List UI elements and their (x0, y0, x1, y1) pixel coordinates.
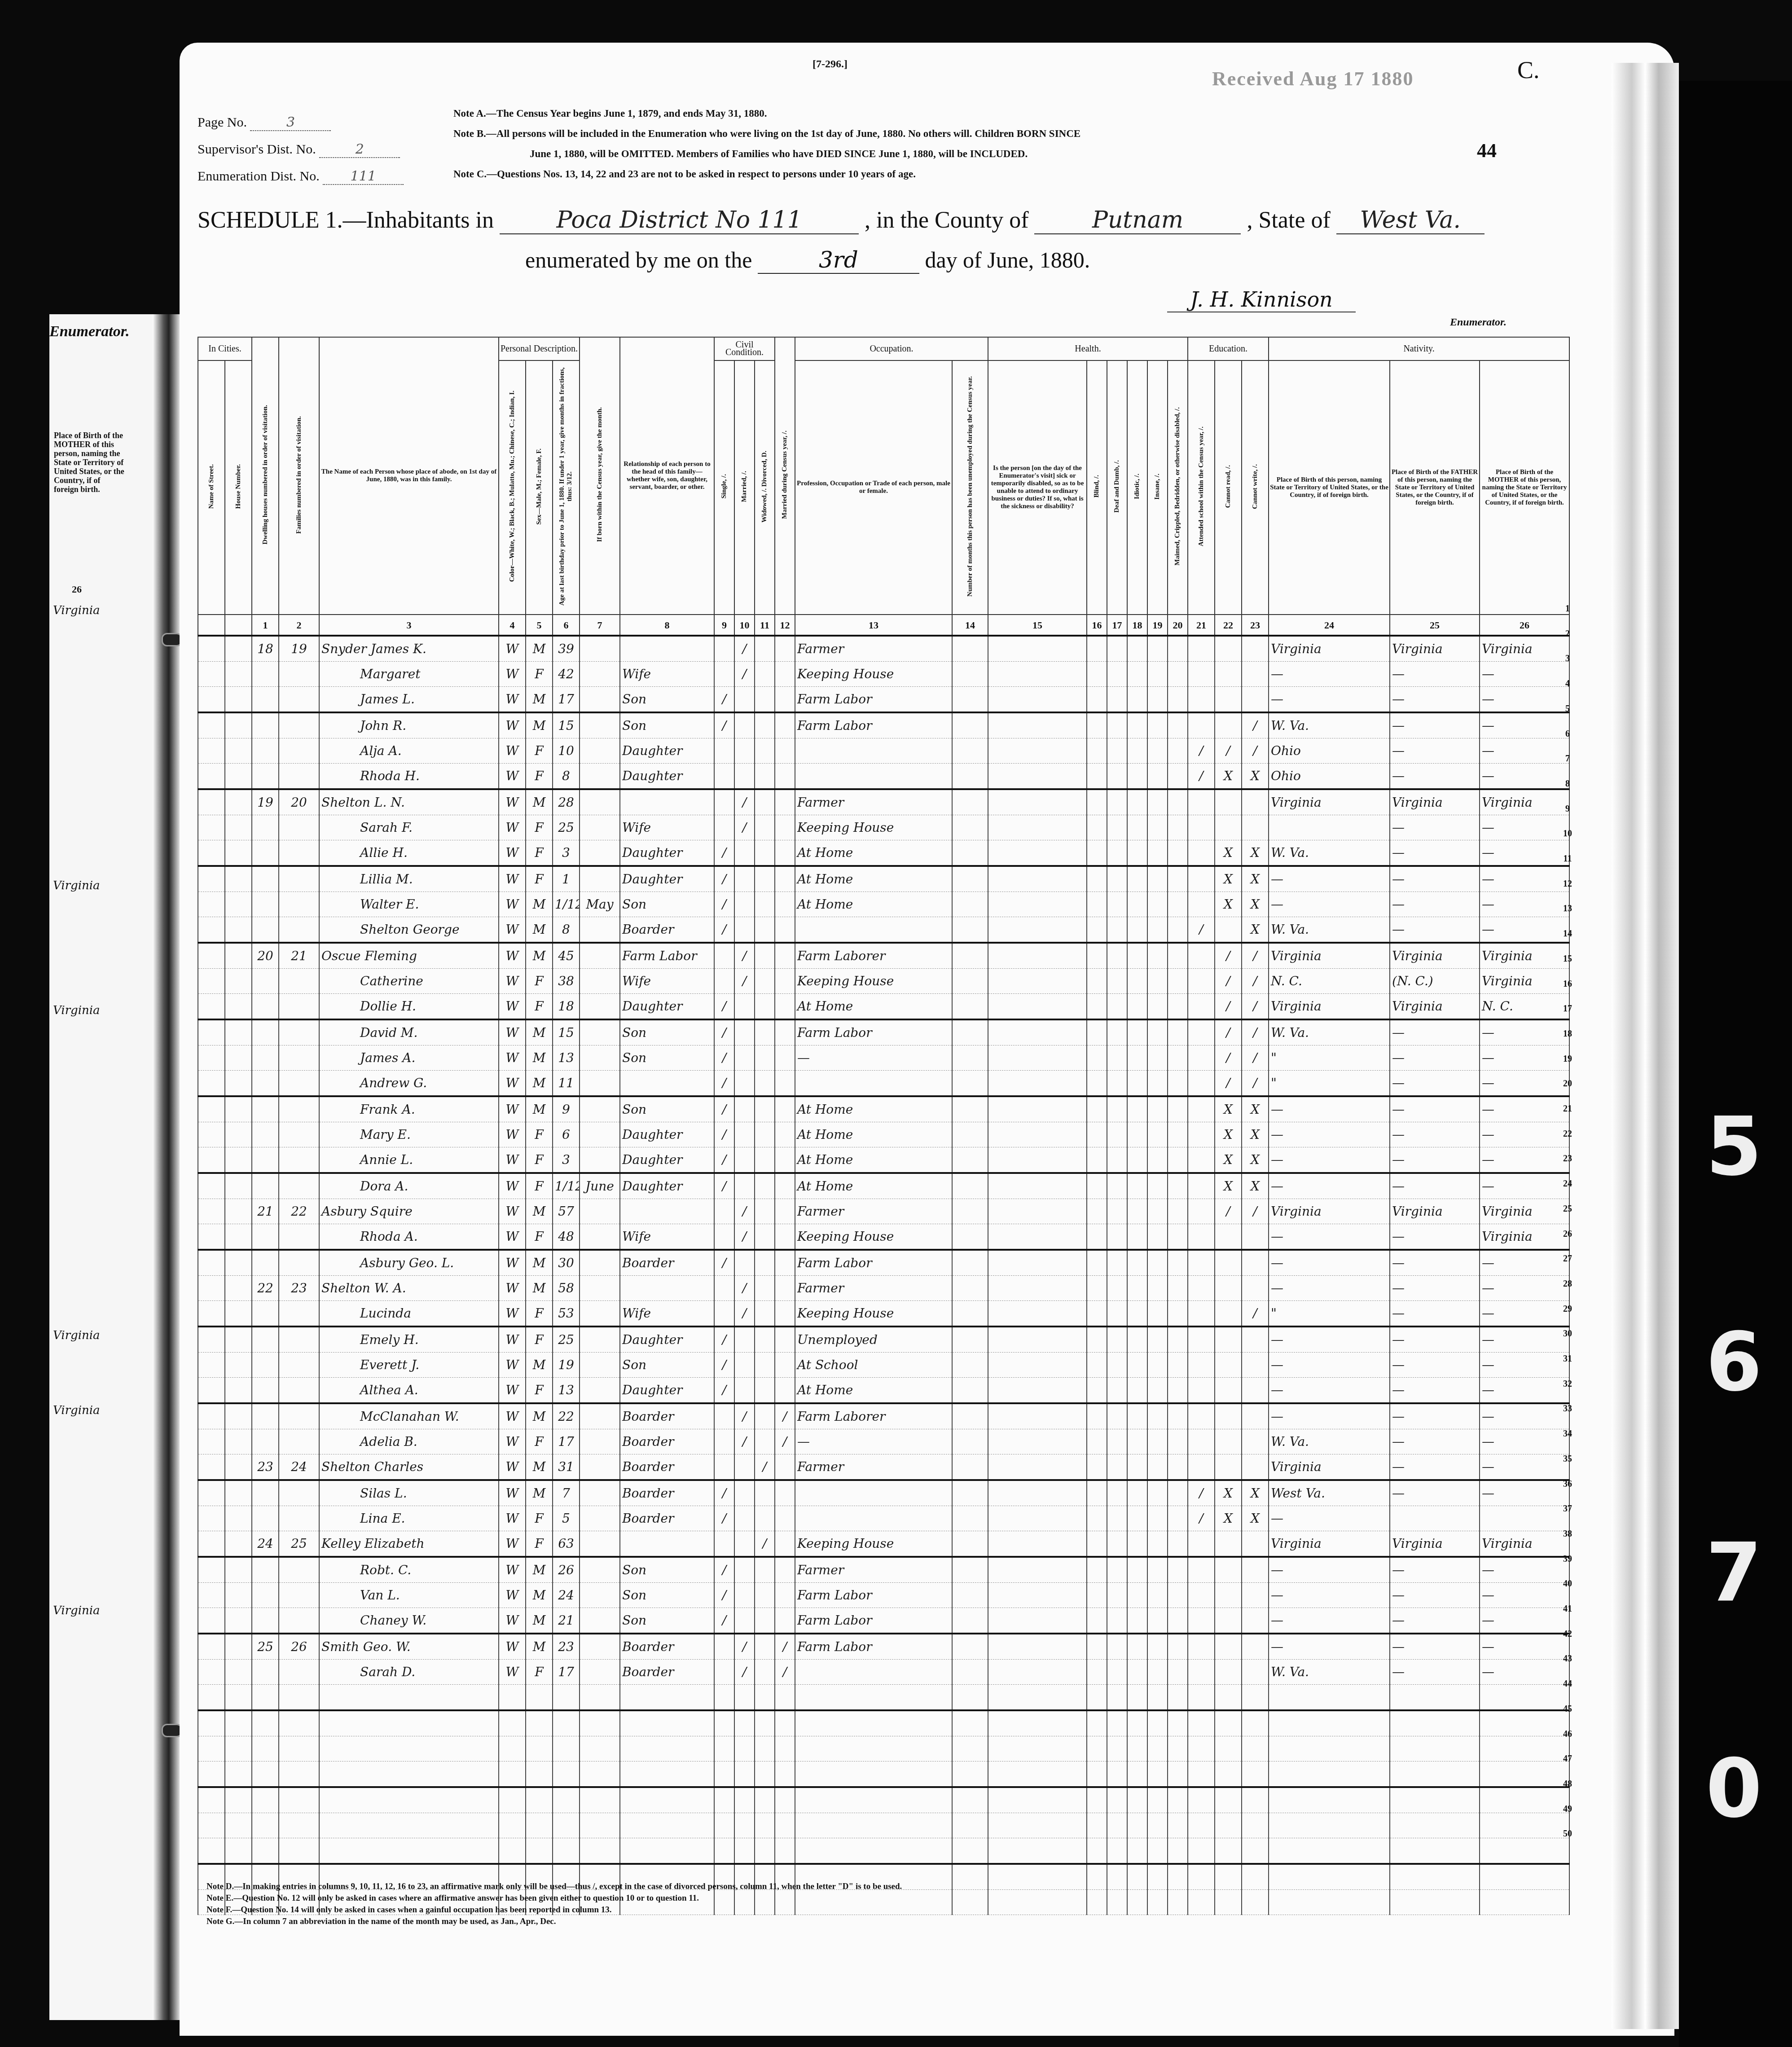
age-cell: 1 (553, 866, 580, 892)
birth-month-cell (580, 1199, 620, 1224)
house-number-cell (225, 1557, 252, 1583)
married-cell (734, 1761, 755, 1788)
attended-school-cell (1188, 840, 1215, 866)
birthplace-cell: " (1269, 1071, 1390, 1097)
married-cell (734, 1378, 755, 1404)
sickness-cell (988, 1864, 1087, 1890)
dwelling-number-cell (252, 1736, 279, 1761)
house-number-cell (225, 1173, 252, 1199)
person-name-cell: Lucinda (319, 1301, 499, 1327)
married-in-year-cell (775, 712, 795, 738)
dwelling-number-cell (252, 1122, 279, 1147)
census-row (198, 1685, 1569, 1711)
family-number-cell (279, 1813, 319, 1838)
married-in-year-cell (775, 738, 795, 764)
mother-birthplace-cell: Virginia (1480, 1531, 1569, 1557)
widowed-cell: / (755, 1454, 775, 1480)
occupation-cell (795, 1710, 952, 1736)
sheet-number: 44 (1477, 139, 1497, 162)
mother-birthplace-cell: N. C. (1480, 994, 1569, 1020)
occupation-cell (795, 1736, 952, 1761)
street-cell (198, 1045, 225, 1071)
months-unemployed-cell (952, 1071, 988, 1097)
birthplace-cell: — (1269, 1122, 1390, 1147)
census-row: Everett J.WM19Son/At School——— (198, 1353, 1569, 1378)
blind-cell (1087, 1531, 1107, 1557)
dwelling-number-cell (252, 1583, 279, 1608)
street-cell (198, 662, 225, 687)
relationship-cell (620, 1787, 714, 1813)
mother-birthplace-cell: — (1480, 1147, 1569, 1173)
attended-school-cell (1188, 1019, 1215, 1045)
sickness-cell (988, 1403, 1087, 1429)
single-cell (714, 1710, 734, 1736)
relationship-cell: Daughter (620, 764, 714, 790)
cannot-read-cell (1215, 1736, 1242, 1761)
single-cell: / (714, 1071, 734, 1097)
color-cell: W (499, 994, 526, 1020)
widowed-cell (755, 789, 775, 815)
single-cell (714, 1454, 734, 1480)
occupation-cell: Farmer (795, 1454, 952, 1480)
father-birthplace-cell: — (1390, 1122, 1480, 1147)
blind-cell (1087, 1710, 1107, 1736)
birthplace-cell (1269, 1685, 1390, 1711)
single-cell: / (714, 1353, 734, 1378)
cannot-read-cell: X (1215, 1122, 1242, 1147)
disabled-cell (1168, 1454, 1188, 1480)
disabled-cell (1168, 1327, 1188, 1353)
line-number: 23 (1559, 1154, 1577, 1164)
father-birthplace-cell: — (1390, 1454, 1480, 1480)
birth-month-cell (580, 1813, 620, 1838)
deaf-dumb-cell (1107, 1122, 1127, 1147)
deaf-dumb-cell (1107, 1583, 1127, 1608)
house-number-cell (225, 1353, 252, 1378)
person-name-cell: Rhoda A. (319, 1224, 499, 1250)
person-name-cell: Everett J. (319, 1353, 499, 1378)
widowed-cell (755, 1429, 775, 1454)
person-name-cell: Van L. (319, 1583, 499, 1608)
disabled-cell (1168, 1429, 1188, 1454)
single-cell: / (714, 1327, 734, 1353)
book-binding (153, 314, 180, 2020)
person-name-cell: Shelton Charles (319, 1454, 499, 1480)
sickness-cell (988, 994, 1087, 1020)
single-cell: / (714, 1480, 734, 1506)
sex-cell: M (526, 1634, 553, 1660)
deaf-dumb-cell (1107, 1454, 1127, 1480)
note-g: Note G.—In column 7 an abbreviation in t… (206, 1916, 902, 1928)
relationship-cell: Daughter (620, 840, 714, 866)
birthplace-cell (1269, 1864, 1390, 1890)
color-cell (499, 1838, 526, 1864)
house-number-cell (225, 1480, 252, 1506)
idiotic-cell (1127, 815, 1147, 840)
sex-cell: M (526, 1096, 553, 1122)
disabled-cell (1168, 866, 1188, 892)
house-number-cell (225, 1454, 252, 1480)
sickness-cell (988, 943, 1087, 969)
mother-birthplace-cell (1480, 1685, 1569, 1711)
blind-cell (1087, 764, 1107, 790)
family-number-cell (279, 1147, 319, 1173)
birthplace-cell: Virginia (1269, 1531, 1390, 1557)
attended-school-cell (1188, 1173, 1215, 1199)
blind-cell (1087, 1250, 1107, 1276)
birth-month-cell (580, 1557, 620, 1583)
occupation-cell: At School (795, 1353, 952, 1378)
person-name-cell (319, 1838, 499, 1864)
mother-birthplace-cell: — (1480, 866, 1569, 892)
dwelling-number-cell (252, 994, 279, 1020)
mother-birthplace-cell: — (1480, 1378, 1569, 1404)
cannot-write-cell (1242, 1250, 1269, 1276)
dwelling-number-cell: 24 (252, 1531, 279, 1557)
sex-cell: F (526, 969, 553, 994)
person-name-cell: Sarah F. (319, 815, 499, 840)
dwelling-number-cell (252, 1353, 279, 1378)
months-unemployed-cell (952, 662, 988, 687)
insane-cell (1147, 1864, 1168, 1890)
house-number-cell (225, 1378, 252, 1404)
idiotic-cell (1127, 1045, 1147, 1071)
column-number: 22 (1215, 615, 1242, 636)
father-birthplace-cell: — (1390, 866, 1480, 892)
cannot-read-cell (1215, 1250, 1242, 1276)
widowed-cell (755, 712, 775, 738)
birthplace-cell (1269, 1813, 1390, 1838)
idiotic-cell (1127, 892, 1147, 917)
occupation-cell: Farm Labor (795, 1250, 952, 1276)
note-b-continued: June 1, 1880, will be OMITTED. Members o… (530, 148, 1028, 160)
census-row: David M.WM15Son/Farm Labor//W. Va.—— (198, 1019, 1569, 1045)
note-b: Note B.—All persons will be included in … (453, 128, 1080, 140)
line-number: 8 (1559, 779, 1577, 789)
months-unemployed-cell (952, 994, 988, 1020)
relationship-cell: Boarder (620, 1429, 714, 1454)
line-number: 36 (1559, 1479, 1577, 1489)
street-cell (198, 1403, 225, 1429)
color-cell: W (499, 1301, 526, 1327)
occupation-cell: Farm Labor (795, 1634, 952, 1660)
cannot-read-cell: / (1215, 1199, 1242, 1224)
census-row (198, 1761, 1569, 1788)
cannot-write-cell (1242, 815, 1269, 840)
disabled-cell (1168, 1634, 1188, 1660)
census-row: 2526Smith Geo. W.WM23Boarder//Farm Labor… (198, 1634, 1569, 1660)
widowed-cell (755, 892, 775, 917)
cannot-read-cell (1215, 917, 1242, 943)
deaf-dumb-cell (1107, 1199, 1127, 1224)
birthplace-cell: W. Va. (1269, 917, 1390, 943)
idiotic-cell (1127, 1353, 1147, 1378)
disabled-cell (1168, 840, 1188, 866)
family-number-cell (279, 1224, 319, 1250)
mother-birthplace-cell: — (1480, 1557, 1569, 1583)
col-header-2: Families numbered in order of visitation… (279, 337, 319, 615)
idiotic-cell (1127, 1557, 1147, 1583)
dwelling-number-cell (252, 1506, 279, 1531)
mother-birthplace-cell: — (1480, 1480, 1569, 1506)
deaf-dumb-cell (1107, 687, 1127, 713)
cannot-write-cell: / (1242, 1019, 1269, 1045)
age-cell: 5 (553, 1506, 580, 1531)
cannot-read-cell: X (1215, 1506, 1242, 1531)
attended-school-cell (1188, 1787, 1215, 1813)
insane-cell (1147, 840, 1168, 866)
blind-cell (1087, 1403, 1107, 1429)
disabled-cell (1168, 892, 1188, 917)
film-reel-digit: 5 (1706, 1100, 1762, 1194)
idiotic-cell (1127, 1710, 1147, 1736)
line-number: 24 (1559, 1179, 1577, 1189)
person-name-cell: Dora A. (319, 1173, 499, 1199)
cannot-read-cell (1215, 1301, 1242, 1327)
dwelling-number-cell: 18 (252, 636, 279, 662)
color-cell: W (499, 1429, 526, 1454)
father-birthplace-cell: — (1390, 815, 1480, 840)
married-cell: / (734, 815, 755, 840)
mother-birthplace-cell (1480, 1506, 1569, 1531)
color-cell: W (499, 764, 526, 790)
disabled-cell (1168, 764, 1188, 790)
line-number: 30 (1559, 1329, 1577, 1339)
insane-cell (1147, 1301, 1168, 1327)
widowed-cell (755, 662, 775, 687)
house-number-cell (225, 1531, 252, 1557)
color-cell: W (499, 712, 526, 738)
insane-cell (1147, 1327, 1168, 1353)
relationship-cell: Son (620, 1096, 714, 1122)
sickness-cell (988, 687, 1087, 713)
age-cell: 63 (553, 1531, 580, 1557)
months-unemployed-cell (952, 738, 988, 764)
group-nativity: Nativity. (1269, 337, 1569, 360)
cannot-write-cell: / (1242, 1199, 1269, 1224)
married-cell (734, 1071, 755, 1097)
note-d: Note D.—In making entries in columns 9, … (206, 1881, 902, 1893)
insane-cell (1147, 1250, 1168, 1276)
attended-school-cell: / (1188, 1480, 1215, 1506)
deaf-dumb-cell (1107, 1506, 1127, 1531)
mother-birthplace-cell (1480, 1736, 1569, 1761)
column-number: 12 (775, 615, 795, 636)
age-cell: 57 (553, 1199, 580, 1224)
census-row: Allie H.WF3Daughter/At HomeXXW. Va.—— (198, 840, 1569, 866)
color-cell: W (499, 738, 526, 764)
deaf-dumb-cell (1107, 1480, 1127, 1506)
supervisor-dist-field: Supervisor's Dist. No. 2 (198, 141, 400, 158)
received-stamp: Received Aug 17 1880 (1212, 67, 1414, 90)
person-name-cell (319, 1813, 499, 1838)
age-cell (553, 1710, 580, 1736)
disabled-cell (1168, 712, 1188, 738)
line-number: 13 (1559, 904, 1577, 914)
single-cell (714, 1224, 734, 1250)
disabled-cell (1168, 1557, 1188, 1583)
census-table-container: In Cities. Dwelling houses numbered in o… (198, 337, 1558, 1915)
line-number: 31 (1559, 1354, 1577, 1364)
group-personal-description: Personal Description. (499, 337, 580, 360)
sex-cell (526, 1813, 553, 1838)
dwelling-number-cell (252, 815, 279, 840)
group-in-cities: In Cities. (198, 337, 252, 360)
married-in-year-cell (775, 1378, 795, 1404)
family-number-cell (279, 1583, 319, 1608)
census-row: Sarah F.WF25Wife/Keeping House—— (198, 815, 1569, 840)
widowed-cell (755, 687, 775, 713)
cannot-write-cell: X (1242, 840, 1269, 866)
sex-cell: M (526, 789, 553, 815)
house-number-cell (225, 1634, 252, 1660)
occupation-cell: Farm Laborer (795, 943, 952, 969)
column-number: 8 (620, 615, 714, 636)
sex-cell: F (526, 994, 553, 1020)
line-number: 33 (1559, 1404, 1577, 1414)
single-cell: / (714, 1250, 734, 1276)
sex-cell: M (526, 892, 553, 917)
months-unemployed-cell (952, 1224, 988, 1250)
age-cell: 25 (553, 1327, 580, 1353)
relationship-cell: Wife (620, 815, 714, 840)
deaf-dumb-cell (1107, 738, 1127, 764)
mother-birthplace-cell (1480, 1761, 1569, 1788)
mother-birthplace-cell: — (1480, 1660, 1569, 1685)
sex-cell: F (526, 662, 553, 687)
family-number-cell (279, 1378, 319, 1404)
insane-cell (1147, 662, 1168, 687)
col-header-19: Insane, /. (1147, 360, 1168, 615)
widowed-cell (755, 1301, 775, 1327)
blind-cell (1087, 1071, 1107, 1097)
family-number-cell (279, 969, 319, 994)
sickness-cell (988, 1557, 1087, 1583)
idiotic-cell (1127, 1147, 1147, 1173)
line-number: 45 (1559, 1704, 1577, 1714)
age-cell: 15 (553, 1019, 580, 1045)
cannot-read-cell: X (1215, 840, 1242, 866)
age-cell: 30 (553, 1250, 580, 1276)
supervisor-dist-value: 2 (319, 141, 400, 158)
relationship-cell (620, 1071, 714, 1097)
column-number: 11 (755, 615, 775, 636)
age-cell: 15 (553, 712, 580, 738)
color-cell: W (499, 1276, 526, 1301)
birth-month-cell (580, 1403, 620, 1429)
birth-month-cell (580, 1071, 620, 1097)
family-number-cell (279, 1019, 319, 1045)
birthplace-cell: Virginia (1269, 994, 1390, 1020)
cannot-write-cell: / (1242, 1045, 1269, 1071)
birthplace-cell (1269, 1736, 1390, 1761)
idiotic-cell (1127, 943, 1147, 969)
married-cell (734, 1608, 755, 1634)
insane-cell (1147, 1224, 1168, 1250)
father-birthplace-cell: — (1390, 712, 1480, 738)
insane-cell (1147, 1480, 1168, 1506)
line-number: 18 (1559, 1029, 1577, 1039)
single-cell: / (714, 1173, 734, 1199)
father-birthplace-cell: — (1390, 1403, 1480, 1429)
father-birthplace-cell: — (1390, 1660, 1480, 1685)
married-in-year-cell: / (775, 1403, 795, 1429)
person-name-cell: Adelia B. (319, 1429, 499, 1454)
line-number: 9 (1559, 804, 1577, 814)
birthplace-cell: Ohio (1269, 738, 1390, 764)
family-number-cell (279, 892, 319, 917)
idiotic-cell (1127, 687, 1147, 713)
cannot-write-cell (1242, 1327, 1269, 1353)
months-unemployed-cell (952, 1634, 988, 1660)
widowed-cell: / (755, 1531, 775, 1557)
cannot-write-cell: X (1242, 1506, 1269, 1531)
months-unemployed-cell (952, 1660, 988, 1685)
page-no-value: 3 (250, 114, 331, 131)
census-table: In Cities. Dwelling houses numbered in o… (198, 337, 1570, 1915)
cannot-read-cell (1215, 815, 1242, 840)
married-in-year-cell (775, 994, 795, 1020)
single-cell (714, 1531, 734, 1557)
dwelling-number-cell (252, 687, 279, 713)
family-number-cell: 26 (279, 1634, 319, 1660)
person-name-cell (319, 1710, 499, 1736)
months-unemployed-cell (952, 1710, 988, 1736)
col-header-11: Widowed, /. Divorced, D. (755, 360, 775, 615)
group-health: Health. (988, 337, 1188, 360)
col-header-street: Name of Street. (198, 360, 225, 615)
sex-cell: M (526, 1199, 553, 1224)
sex-cell: M (526, 1454, 553, 1480)
county-label: , in the County of (865, 207, 1028, 233)
father-birthplace-cell (1390, 1736, 1480, 1761)
age-cell: 18 (553, 994, 580, 1020)
occupation-cell: Farmer (795, 1276, 952, 1301)
color-cell: W (499, 1557, 526, 1583)
single-cell: / (714, 1506, 734, 1531)
dwelling-number-cell (252, 1761, 279, 1788)
family-number-cell (279, 738, 319, 764)
disabled-cell (1168, 687, 1188, 713)
married-in-year-cell (775, 1096, 795, 1122)
cannot-write-cell: / (1242, 969, 1269, 994)
age-cell: 11 (553, 1071, 580, 1097)
father-birthplace-cell (1390, 1685, 1480, 1711)
sickness-cell (988, 1327, 1087, 1353)
color-cell: W (499, 840, 526, 866)
age-cell (553, 1685, 580, 1711)
deaf-dumb-cell (1107, 1813, 1127, 1838)
sickness-cell (988, 1506, 1087, 1531)
insane-cell (1147, 969, 1168, 994)
sickness-cell (988, 1429, 1087, 1454)
birth-month-cell (580, 1736, 620, 1761)
birth-month-cell (580, 1685, 620, 1711)
married-in-year-cell (775, 1276, 795, 1301)
father-birthplace-cell (1390, 1890, 1480, 1915)
relationship-cell: Daughter (620, 1327, 714, 1353)
mother-birthplace-cell: — (1480, 1045, 1569, 1071)
idiotic-cell (1127, 1403, 1147, 1429)
father-birthplace-cell: Virginia (1390, 943, 1480, 969)
birth-month-cell (580, 1224, 620, 1250)
person-name-cell: Silas L. (319, 1480, 499, 1506)
cannot-write-cell (1242, 1685, 1269, 1711)
sex-cell: F (526, 1147, 553, 1173)
street-cell (198, 1506, 225, 1531)
disabled-cell (1168, 1608, 1188, 1634)
relationship-cell (620, 789, 714, 815)
